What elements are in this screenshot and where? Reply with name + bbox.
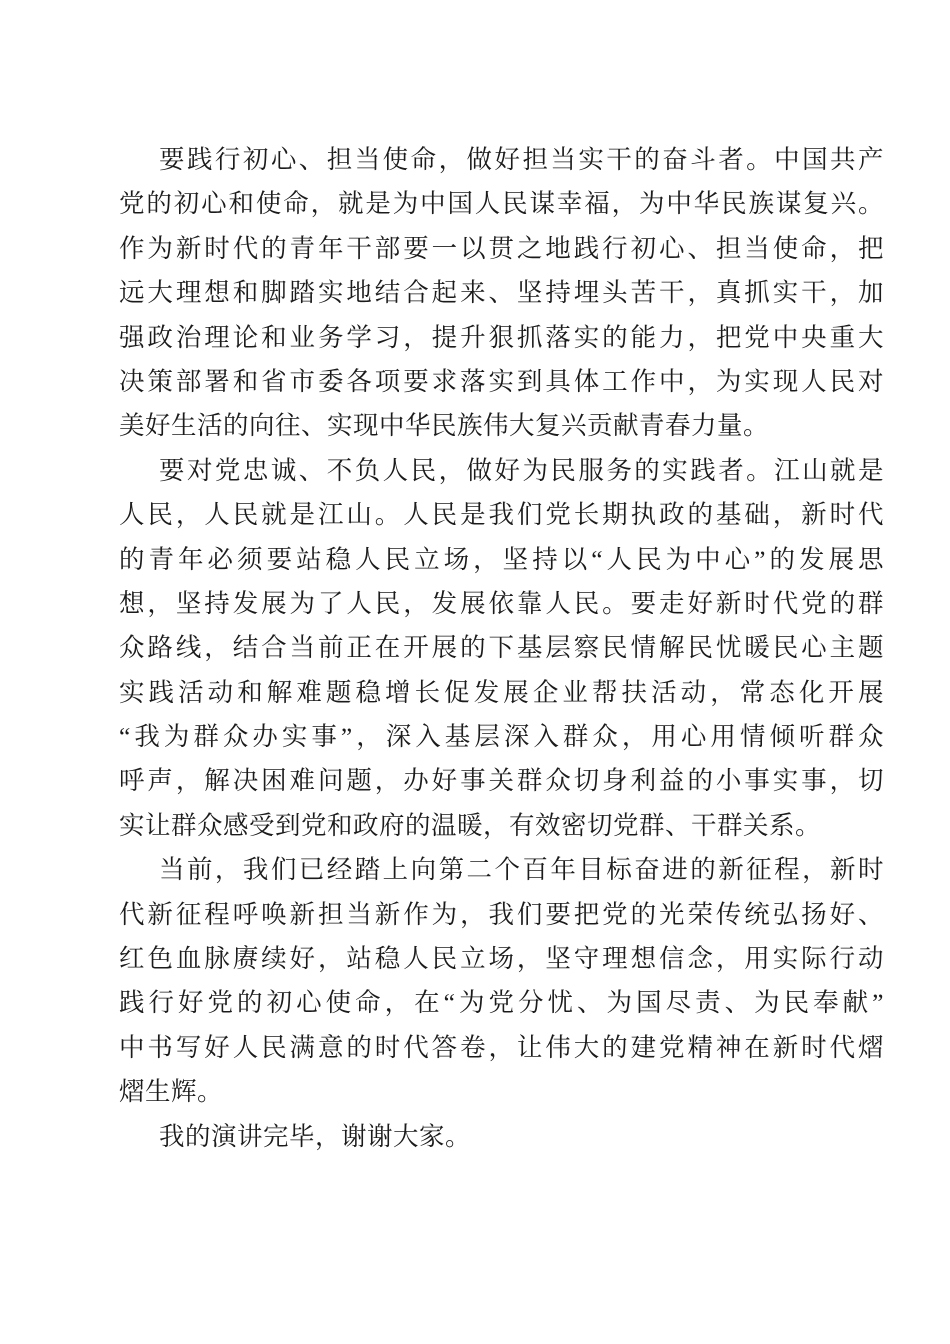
- text-line: “我为群众办实事”，深入基层深入群众，用心用情倾听群众: [119, 715, 884, 759]
- paragraph-2: 要对党忠诚、不负人民，做好为民服务的实践者。江山就是 人民，人民就是江山。人民是…: [119, 449, 884, 849]
- text-line: 决策部署和省市委各项要求落实到具体工作中，为实现人民对: [119, 360, 884, 404]
- text-line: 实践活动和解难题稳增长促发展企业帮扶活动，常态化开展: [119, 671, 884, 715]
- text-line: 当前，我们已经踏上向第二个百年目标奋进的新征程，新时: [119, 848, 884, 892]
- text-line: 我的演讲完毕，谢谢大家。: [119, 1115, 884, 1159]
- text-line: 要对党忠诚、不负人民，做好为民服务的实践者。江山就是: [119, 449, 884, 493]
- text-line: 呼声，解决困难问题，办好事关群众切身利益的小事实事，切: [119, 759, 884, 803]
- paragraph-4: 我的演讲完毕，谢谢大家。: [119, 1115, 884, 1159]
- text-line: 远大理想和脚踏实地结合起来、坚持埋头苦干，真抓实干，加: [119, 271, 884, 315]
- text-line: 红色血脉赓续好，站稳人民立场，坚守理想信念，用实际行动: [119, 937, 884, 981]
- document-body: 要践行初心、担当使命，做好担当实干的奋斗者。中国共产 党的初心和使命，就是为中国…: [119, 138, 884, 1159]
- text-line: 作为新时代的青年干部要一以贯之地践行初心、担当使命，把: [119, 227, 884, 271]
- text-line: 党的初心和使命，就是为中国人民谋幸福，为中华民族谋复兴。: [119, 182, 884, 226]
- text-line: 中书写好人民满意的时代答卷，让伟大的建党精神在新时代熠: [119, 1026, 884, 1070]
- text-line: 的青年必须要站稳人民立场，坚持以“人民为中心”的发展思: [119, 538, 884, 582]
- text-line: 要践行初心、担当使命，做好担当实干的奋斗者。中国共产: [119, 138, 884, 182]
- text-line: 熠生辉。: [119, 1070, 884, 1114]
- text-line: 美好生活的向往、实现中华民族伟大复兴贡献青春力量。: [119, 404, 884, 448]
- paragraph-3: 当前，我们已经踏上向第二个百年目标奋进的新征程，新时 代新征程呼唤新担当新作为，…: [119, 848, 884, 1114]
- text-line: 众路线，结合当前正在开展的下基层察民情解民忧暖民心主题: [119, 626, 884, 670]
- paragraph-1: 要践行初心、担当使命，做好担当实干的奋斗者。中国共产 党的初心和使命，就是为中国…: [119, 138, 884, 449]
- document-page: 要践行初心、担当使命，做好担当实干的奋斗者。中国共产 党的初心和使命，就是为中国…: [0, 0, 950, 1344]
- text-line: 人民，人民就是江山。人民是我们党长期执政的基础，新时代: [119, 493, 884, 537]
- text-line: 实让群众感受到党和政府的温暖，有效密切党群、干群关系。: [119, 804, 884, 848]
- text-line: 想，坚持发展为了人民，发展依靠人民。要走好新时代党的群: [119, 582, 884, 626]
- text-line: 代新征程呼唤新担当新作为，我们要把党的光荣传统弘扬好、: [119, 893, 884, 937]
- text-line: 强政治理论和业务学习，提升狠抓落实的能力，把党中央重大: [119, 316, 884, 360]
- text-line: 践行好党的初心使命，在“为党分忧、为国尽责、为民奉献”: [119, 981, 884, 1025]
